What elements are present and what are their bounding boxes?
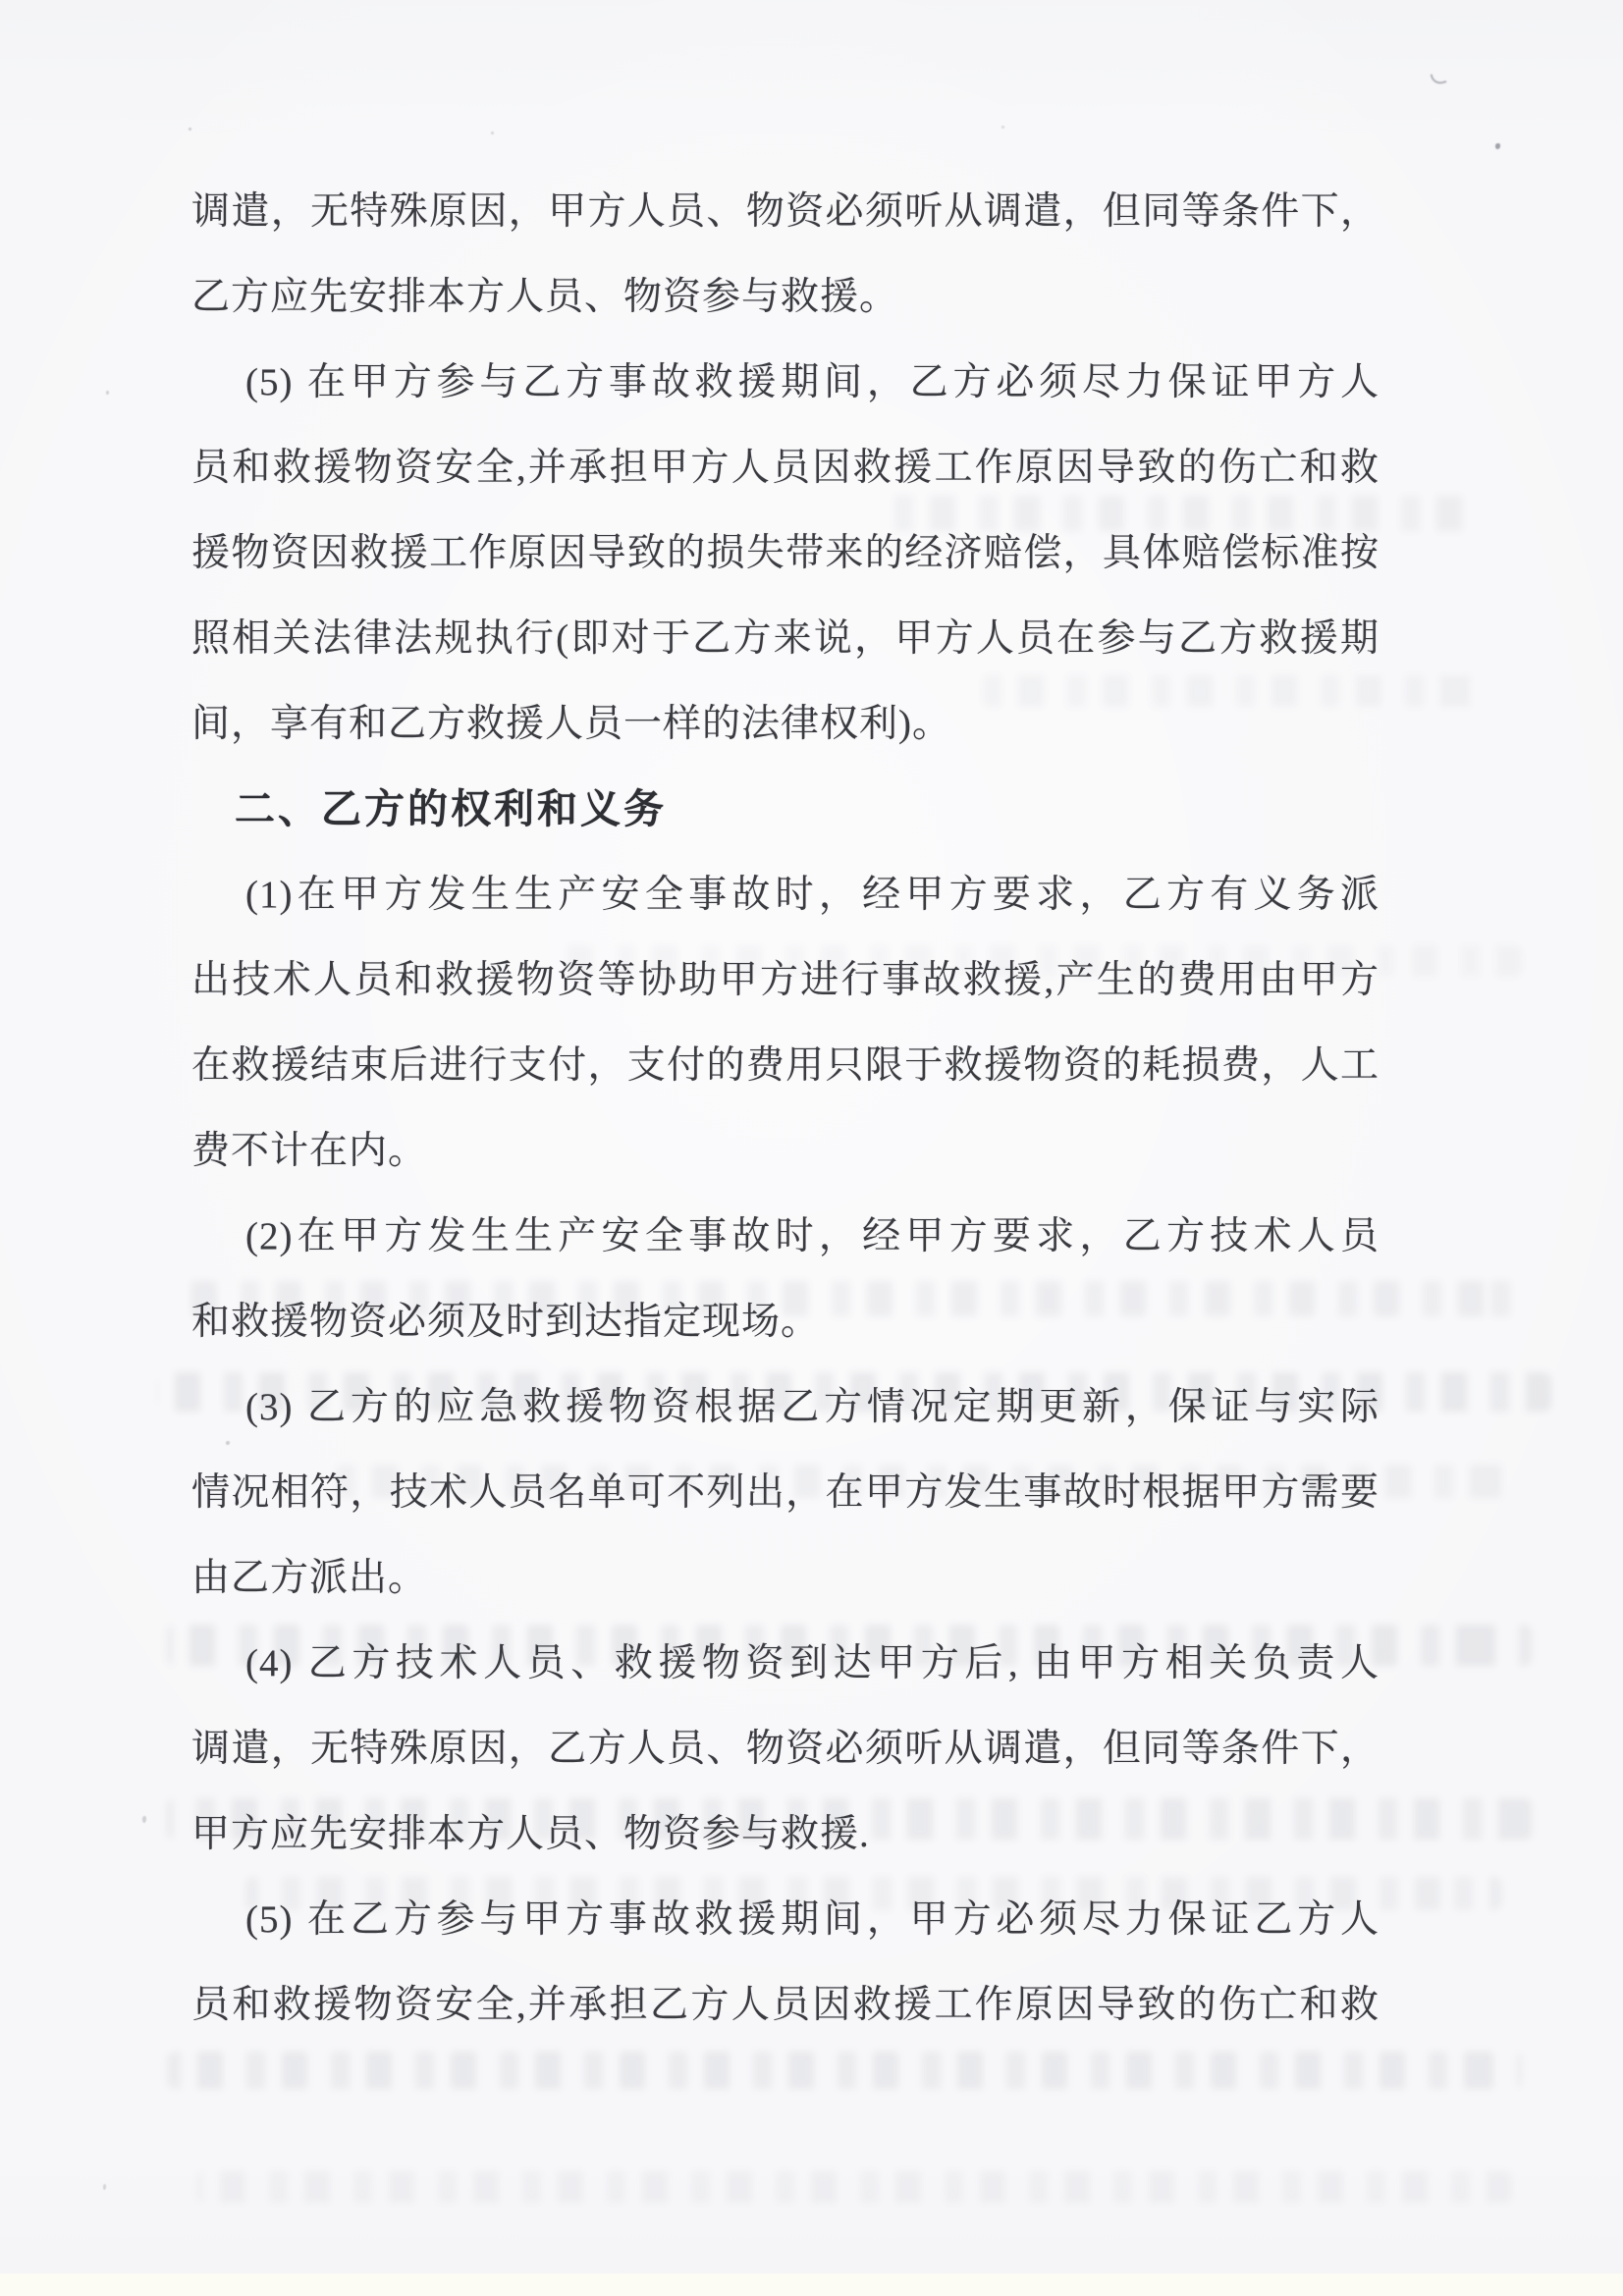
text-line: 照相关法律法规执行(即对于乙方来说，甲方人员在参与乙方救援期 <box>191 596 1380 681</box>
text-line: 员和救援物资安全,并承担甲方人员因救援工作原因导致的伤亡和救 <box>191 425 1380 510</box>
text-line: 出技术人员和救援物资等协助甲方进行事故救援,产生的费用由甲方 <box>191 937 1380 1023</box>
text-line: (1)在甲方发生生产安全事故时，经甲方要求，乙方有义务派 <box>191 852 1380 937</box>
text-line: 和救援物资必须及时到达指定现场。 <box>191 1279 1380 1364</box>
text-line: (5) 在甲方参与乙方事故救援期间，乙方必须尽力保证甲方人 <box>191 340 1380 425</box>
section-heading: 二、乙方的权利和义务 <box>191 767 1380 852</box>
scan-speck <box>142 1816 146 1823</box>
bleed-through-artifact <box>196 2171 1512 2203</box>
scan-speck <box>1001 126 1004 129</box>
text-line: (2)在甲方发生生产安全事故时，经甲方要求，乙方技术人员 <box>191 1194 1380 1279</box>
text-line: 由乙方派出。 <box>191 1535 1380 1621</box>
text-line: 间，享有和乙方救援人员一样的法律权利)。 <box>191 681 1380 767</box>
scan-speck <box>1495 143 1500 149</box>
scan-speck <box>491 132 494 134</box>
scan-speck <box>189 128 191 131</box>
scan-speck <box>103 2184 106 2190</box>
text-line: 乙方应先安排本方人员、物资参与救援。 <box>191 254 1380 340</box>
bleed-through-artifact <box>167 2052 1522 2089</box>
text-line: 在救援结束后进行支付，支付的费用只限于救援物资的耗损费，人工 <box>191 1023 1380 1108</box>
text-line: 甲方应先安排本方人员、物资参与救援. <box>191 1791 1380 1877</box>
text-line: (5) 在乙方参与甲方事故救援期间，甲方必须尽力保证乙方人 <box>191 1877 1380 1962</box>
scan-speck <box>1431 71 1447 85</box>
text-line: (3) 乙方的应急救援物资根据乙方情况定期更新，保证与实际 <box>191 1364 1380 1450</box>
scanned-contract-page: 调遣，无特殊原因，甲方人员、物资必须听从调遣，但同等条件下， 乙方应先安排本方人… <box>0 0 1623 2296</box>
scan-speck <box>106 391 109 395</box>
text-line: 员和救援物资安全,并承担乙方人员因救援工作原因导致的伤亡和救 <box>191 1962 1380 2048</box>
text-line: 费不计在内。 <box>191 1108 1380 1194</box>
text-line: 调遣，无特殊原因，甲方人员、物资必须听从调遣，但同等条件下， <box>191 169 1380 254</box>
text-line: 援物资因救援工作原因导致的损失带来的经济赔偿，具体赔偿标准按 <box>191 510 1380 596</box>
text-line: 情况相符，技术人员名单可不列出，在甲方发生事故时根据甲方需要 <box>191 1450 1380 1535</box>
scan-edge-strip <box>0 2273 1623 2296</box>
document-body: 调遣，无特殊原因，甲方人员、物资必须听从调遣，但同等条件下， 乙方应先安排本方人… <box>191 169 1380 2048</box>
text-line: (4) 乙方技术人员、救援物资到达甲方后, 由甲方相关负责人 <box>191 1621 1380 1706</box>
text-line: 调遣，无特殊原因，乙方人员、物资必须听从调遣，但同等条件下， <box>191 1706 1380 1791</box>
